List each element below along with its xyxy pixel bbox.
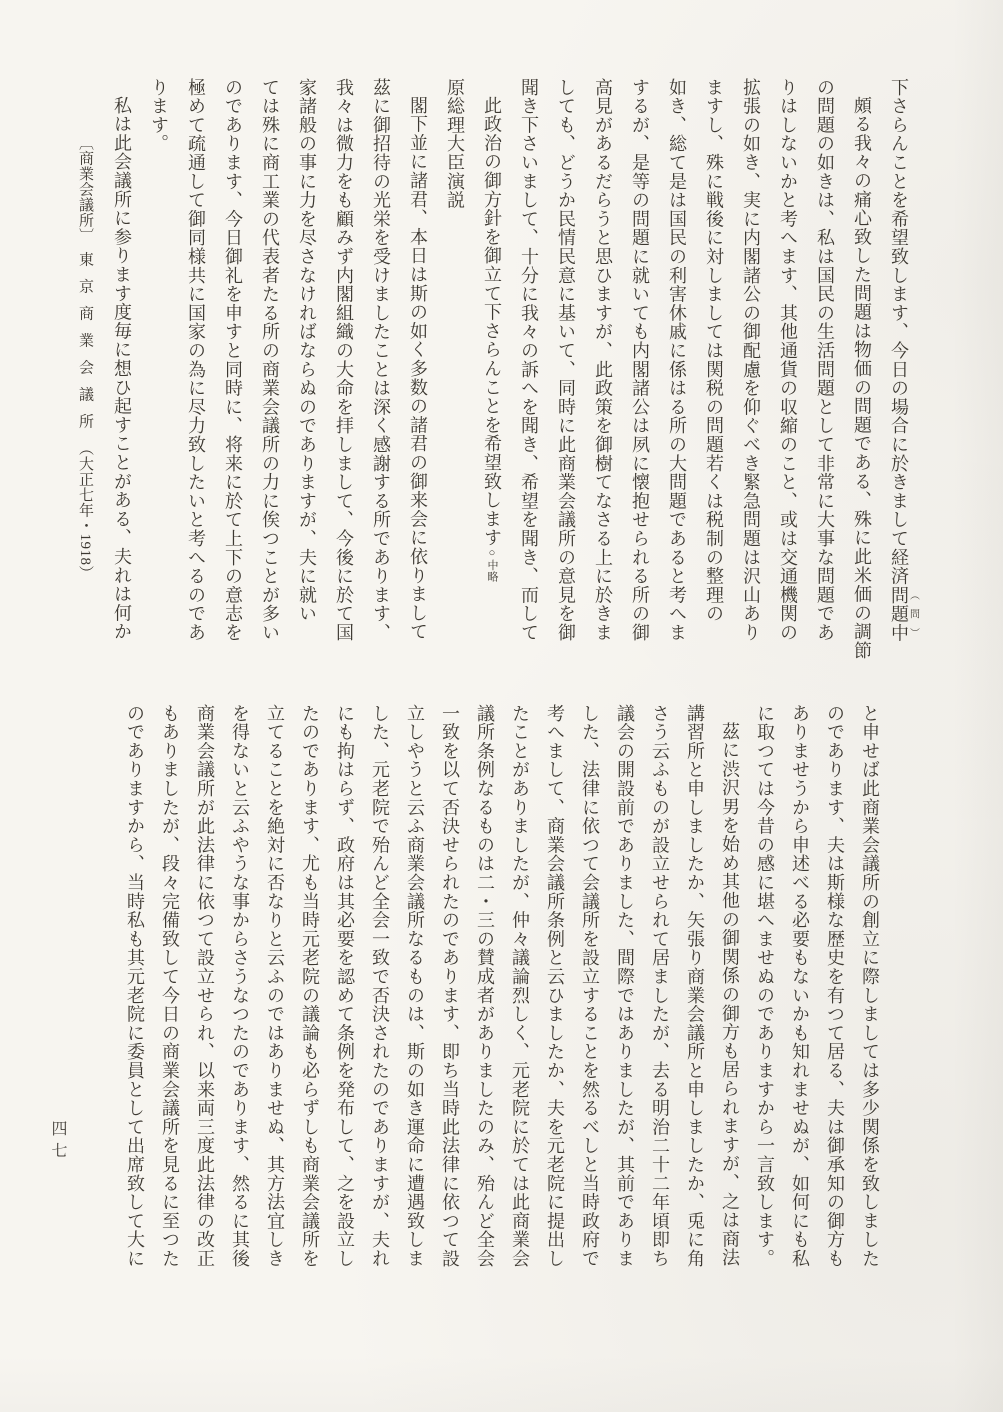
text-run: 閣下並に諸君、本日は斯の如く多数の諸君の御来会に依りまして [408, 96, 428, 641]
text-run: 〔商業会議所〕 [77, 135, 93, 252]
top-text-block: 下さらんことを希望致します、今日の場合に於きまして経済問題中（問）頗る我々の痛心… [66, 78, 918, 666]
section-heading-column: 原総理大臣演説 [436, 78, 473, 666]
text-column: 此政治の御方針を御立て下さらんことを希望致します○中略 [473, 78, 510, 666]
text-run: と申せば此商業会議所の創立に際しましては多少関係を致しました [860, 704, 880, 1268]
text-run: した、元老院で殆んど全会一致で否決されたのでありますが、夫れ [370, 704, 390, 1268]
text-column: 家諸般の事に力を尽さなければならぬのでありますが、夫に就い [288, 78, 325, 666]
text-column: 下さらんことを希望致します、今日の場合に於きまして経済問題中（問） [880, 78, 918, 666]
text-column: 極めて疏通して御同様共に国家の為に尽力致したいと考へるのであ [177, 78, 214, 666]
text-run: の問題の如きは、私は国民の生活問題として非常に大事な問題であ [815, 78, 835, 642]
text-run: 下さらんことを希望致します、今日の場合に於きまして経済 [889, 78, 909, 586]
text-run: 頗る我々の痛心致した問題は物価の問題である、殊に此米価の調節 [852, 96, 872, 660]
text-run: 議会の開設前でありました、間際ではありましたが、其前でありま [615, 704, 635, 1268]
text-column: 如き、総て是は国民の利害休戚に係はる所の大問題であると考へま [658, 78, 695, 666]
text-run: にも拘はらず、政府は其必要を認めて条例を発布して、之を設立し [335, 704, 355, 1268]
text-run: のであります、夫は斯様な歴史を有つて居る、夫は御承知の御方も [825, 704, 845, 1268]
scanned-page: 下さらんことを希望致します、今日の場合に於きまして経済問題中（問）頗る我々の痛心… [0, 0, 1003, 1412]
text-run: を得ないと云ふやうな事からさうなつたのであります、然るに其後 [230, 704, 250, 1268]
text-column: たことがありましたが、仲々議論烈しく、元老院に於ては此商業会 [502, 704, 537, 1292]
text-run: 私は此会議所に参ります度毎に想ひ起すことがある、夫れは何か [112, 96, 132, 641]
text-run: 茲に渋沢男を始め其他の御関係の御方も居られますが、之は商法 [720, 722, 740, 1267]
text-column: 頗る我々の痛心致した問題は物価の問題である、殊に此米価の調節 [843, 78, 880, 666]
text-column: 一致を以て否決せられたのであります、即ち当時此法律に依つて設 [432, 704, 467, 1292]
text-run: ります。 [149, 78, 169, 153]
text-column: の問題の如きは、私は国民の生活問題として非常に大事な問題であ [806, 78, 843, 666]
text-run: した、法律に依つて会議所を設立することを然るべしと当時政府で [580, 704, 600, 1268]
text-column: 議所条例なるものは二・三の賛成者がありましたのみ、殆んど全会 [467, 704, 502, 1292]
text-run: 一致を以て否決せられたのであります、即ち当時此法律に依つて設 [440, 704, 460, 1268]
text-column: ありませうから申述べる必要もないかも知れませぬが、如何にも私 [782, 704, 817, 1292]
text-run: たのであります、尤も当時元老院の議論も必らずしも商業会議所を [300, 704, 320, 1268]
text-column: 講習所と申しましたか、矢張り商業会議所と申しましたか、兎に角 [677, 704, 712, 1292]
text-column: 商業会議所が此法律に依つて設立せられ、以来両三度此法律の改正 [187, 704, 222, 1292]
inline-note: ○中略 [486, 547, 498, 582]
text-run: 拡張の如き、実に内閣諸公の御配慮を仰ぐべき緊急問題は沢山あり [741, 78, 761, 642]
text-column: 閣下並に諸君、本日は斯の如く多数の諸君の御来会に依りまして [399, 78, 436, 666]
text-run: 如き、総て是は国民の利害休戚に係はる所の大問題であると考へま [667, 78, 687, 642]
text-run: 此政治の御方針を御立て下さらんことを希望致します [482, 96, 502, 547]
text-run: 議所条例なるものは二・三の賛成者がありましたのみ、殆んど全会 [475, 704, 495, 1268]
text-column: たのであります、尤も当時元老院の議論も必らずしも商業会議所を [292, 704, 327, 1292]
text-run: ますし、殊に戦後に対しましては関税の問題若くは税制の整理の [704, 78, 724, 623]
text-column: 拡張の如き、実に内閣諸公の御配慮を仰ぐべき緊急問題は沢山あり [732, 78, 769, 666]
text-column: ります。 [140, 78, 177, 666]
text-column: 聞き下さいまして、十分に我々の訴へを聞き、希望を聞き、而して [510, 78, 547, 666]
text-run: 立しやうと云ふ商業会議所なるものは、斯の如き運命に遭遇致しま [405, 704, 425, 1268]
text-column: 立しやうと云ふ商業会議所なるものは、斯の如き運命に遭遇致しま [397, 704, 432, 1292]
side-annotation: 問題中（問） [889, 586, 909, 642]
text-column: 我々は微力をも顧みず内閣組織の大命を拝しまして、今後に於て国 [325, 78, 362, 666]
text-column: 茲に御招待の光栄を受けましたことは深く感謝する所であります、 [362, 78, 399, 666]
text-column: 茲に渋沢男を始め其他の御関係の御方も居られますが、之は商法 [712, 704, 747, 1292]
text-run: に取つては今昔の感に堪へませぬのでありますから一言致します。 [755, 704, 775, 1268]
text-column: のでありますから、当時私も其元老院に委員として出席致して大に [117, 704, 152, 1292]
text-run: しても、どうか民情民意に基いて、同時に此商業会議所の意見を御 [556, 78, 576, 642]
text-run: たことがありましたが、仲々議論烈しく、元老院に於ては此商業会 [510, 704, 530, 1268]
text-column: のであります、夫は斯様な歴史を有つて居る、夫は御承知の御方も [817, 704, 852, 1292]
text-run: さう云ふものが設立せられて居ましたが、去る明治二十二年頃即ち [650, 704, 670, 1268]
text-column: した、元老院で殆んど全会一致で否決されたのでありますが、夫れ [362, 704, 397, 1292]
text-column: ますし、殊に戦後に対しましては関税の問題若くは税制の整理の [695, 78, 732, 666]
text-run: 極めて疏通して御同様共に国家の為に尽力致したいと考へるのであ [186, 78, 206, 642]
text-run: （大正七年・1918） [77, 441, 93, 582]
text-column: もありましたが、段々完備致して今日の商業会議所を見るに至つた [152, 704, 187, 1292]
text-run: 商業会議所が此法律に依つて設立せられ、以来両三度此法律の改正 [195, 704, 215, 1268]
text-column: に取つては今昔の感に堪へませぬのでありますから一言致します。 [747, 704, 782, 1292]
text-column: と申せば此商業会議所の創立に際しましては多少関係を致しました [852, 704, 887, 1292]
text-run: 立てることを絶対に否なりと云ふのではありませぬ、其方法宜しき [265, 704, 285, 1268]
text-column: りはしないかと考へます、其他通貨の収縮のこと、或は交通機関の [769, 78, 806, 666]
text-run: りはしないかと考へます、其他通貨の収縮のこと、或は交通機関の [778, 78, 798, 642]
text-run: 茲に御招待の光栄を受けましたことは深く感謝する所であります、 [371, 78, 391, 642]
text-column: 議会の開設前でありました、間際ではありましたが、其前でありま [607, 704, 642, 1292]
text-column: を得ないと云ふやうな事からさうなつたのであります、然るに其後 [222, 704, 257, 1292]
text-column: ては殊に商工業の代表者たる所の商業会議所の力に俟つことが多い [251, 78, 288, 666]
text-run: もありましたが、段々完備致して今日の商業会議所を見るに至つた [160, 704, 180, 1268]
text-run: 講習所と申しましたか、矢張り商業会議所と申しましたか、兎に角 [685, 704, 705, 1268]
text-column: 高見があるだらうと思ひますが、此政策を御樹てなさる上に於きま [584, 78, 621, 666]
text-column: 立てることを絶対に否なりと云ふのではありませぬ、其方法宜しき [257, 704, 292, 1292]
text-run: 高見があるだらうと思ひますが、此政策を御樹てなさる上に於きま [593, 78, 613, 642]
text-run: ては殊に商工業の代表者たる所の商業会議所の力に俟つことが多い [260, 78, 280, 642]
text-column: のであります、今日御礼を申すと同時に、将来に於て上下の意志を [214, 78, 251, 666]
text-column: するが、是等の問題に就いても内閣諸公は夙に懐抱せられる所の御 [621, 78, 658, 666]
text-run: 東京商業会議所 [77, 252, 93, 441]
text-run: のでありますから、当時私も其元老院に委員として出席致して大に [125, 704, 145, 1268]
text-column: しても、どうか民情民意に基いて、同時に此商業会議所の意見を御 [547, 78, 584, 666]
text-run: 我々は微力をも顧みず内閣組織の大命を拝しまして、今後に於て国 [334, 78, 354, 642]
text-column: さう云ふものが設立せられて居ましたが、去る明治二十二年頃即ち [642, 704, 677, 1292]
text-run: 家諸般の事に力を尽さなければならぬのでありますが、夫に就い [297, 78, 317, 623]
text-column: にも拘はらず、政府は其必要を認めて条例を発布して、之を設立し [327, 704, 362, 1292]
text-column: 私は此会議所に参ります度毎に想ひ起すことがある、夫れは何か [103, 78, 140, 666]
text-run: 原総理大臣演説 [445, 78, 465, 210]
text-run: 聞き下さいまして、十分に我々の訴へを聞き、希望を聞き、而して [519, 78, 539, 642]
text-run: ありませうから申述べる必要もないかも知れませぬが、如何にも私 [790, 704, 810, 1268]
text-run: するが、是等の問題に就いても内閣諸公は夙に懐抱せられる所の御 [630, 78, 650, 642]
text-run: のであります、今日御礼を申すと同時に、将来に於て上下の意志を [223, 78, 243, 642]
text-column: した、法律に依つて会議所を設立することを然るべしと当時政府で [572, 704, 607, 1292]
page-number: 四七 [46, 1120, 69, 1164]
bottom-text-block: と申せば此商業会議所の創立に際しましては多少関係を致しましたのであります、夫は斯… [117, 704, 887, 1292]
text-column: 考へまして、商業会議所条例と云ひましたか、夫を元老院に提出し [537, 704, 572, 1292]
text-run: 考へまして、商業会議所条例と云ひましたか、夫を元老院に提出し [545, 704, 565, 1268]
source-citation-column: 〔商業会議所〕 東京商業会議所（大正七年・1918） [66, 78, 103, 666]
